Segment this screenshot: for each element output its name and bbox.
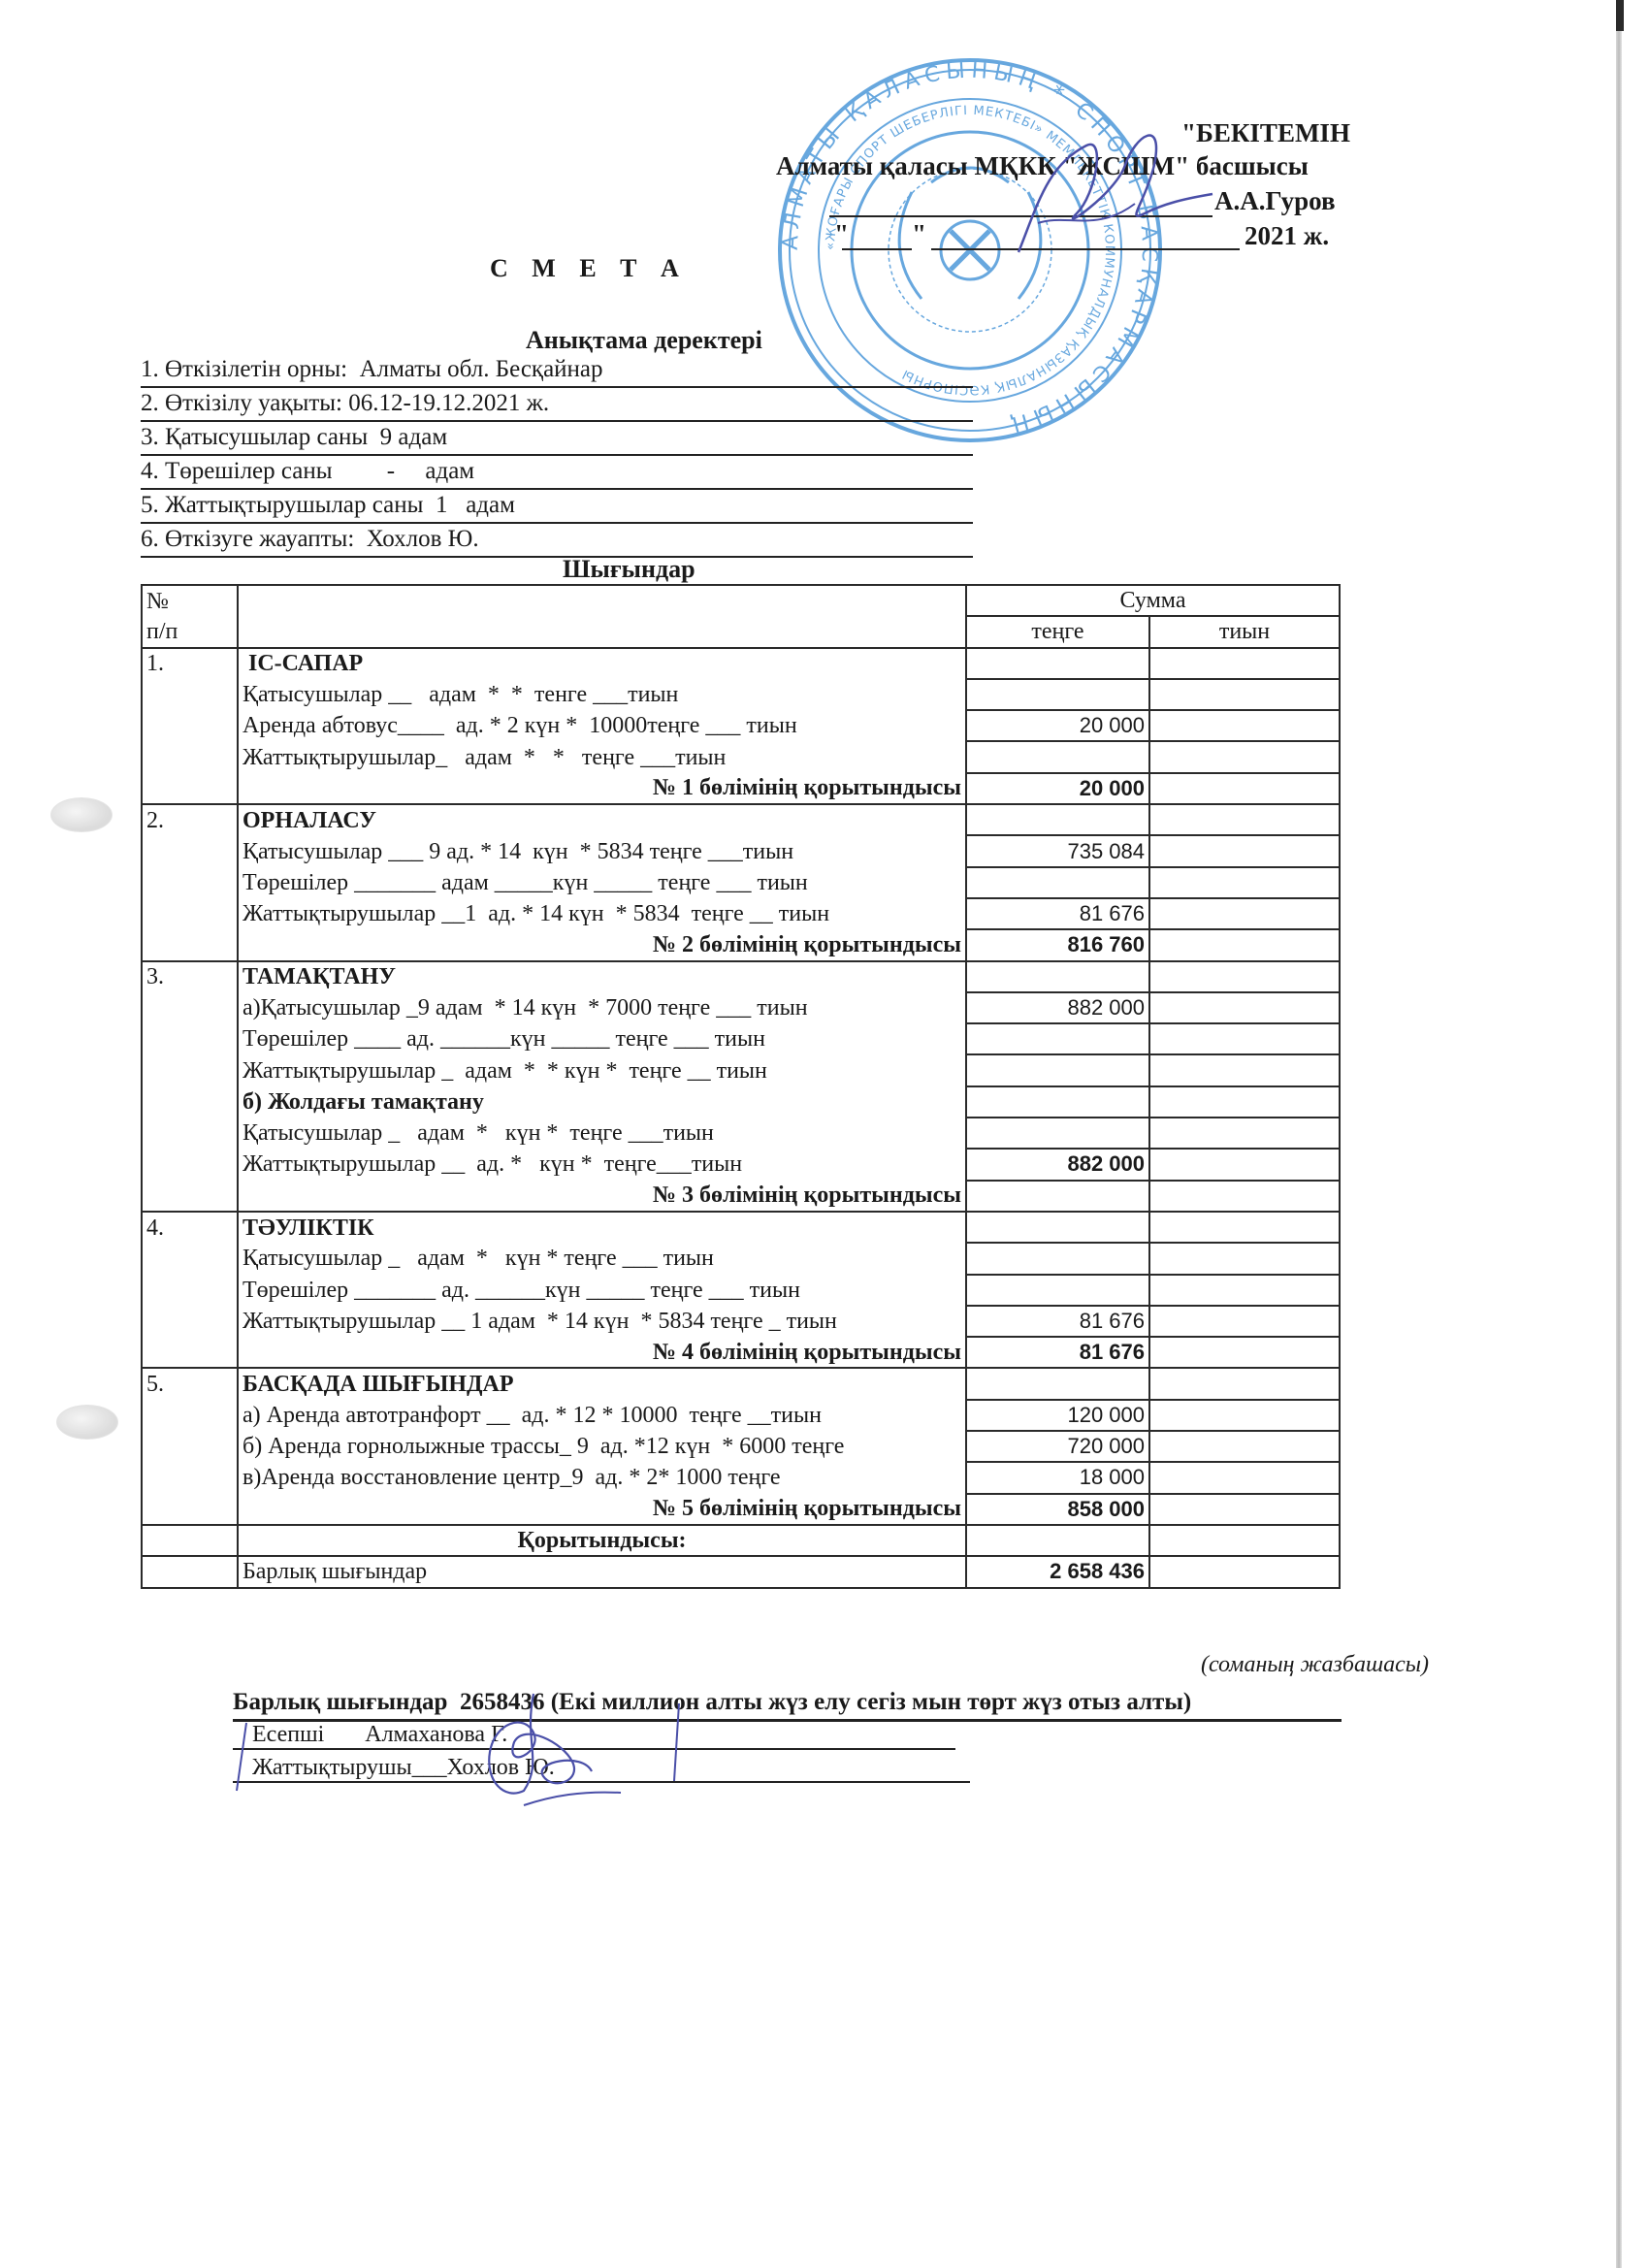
amount-tenge bbox=[966, 679, 1149, 710]
approval-signature bbox=[980, 107, 1232, 281]
amount-tiyn bbox=[1149, 1494, 1340, 1525]
table-row: № 1 бөлімінің қорытындысы20 000 bbox=[142, 773, 1340, 804]
amount-caption: (соманың жазбашасы) bbox=[1201, 1652, 1429, 1678]
amount-tiyn bbox=[1149, 1306, 1340, 1337]
estimate-table: № Сумма п/п теңге тиын 1. ІС-САПАРҚатысу… bbox=[141, 584, 1341, 1589]
amount-tiyn bbox=[1149, 1431, 1340, 1462]
amount-tenge bbox=[966, 1212, 1149, 1243]
line-item-description: Қатысушылар _ адам * күн * теңге ___ тиы… bbox=[238, 1243, 966, 1274]
row-number bbox=[142, 1275, 238, 1306]
header-num-sub: п/п bbox=[142, 616, 238, 647]
table-row: а)Қатысушылар _9 адам * 14 күн * 7000 те… bbox=[142, 992, 1340, 1023]
amount-tiyn bbox=[1149, 835, 1340, 866]
table-row: б) Жолдағы тамақтану bbox=[142, 1086, 1340, 1118]
amount-tiyn bbox=[1149, 1118, 1340, 1149]
row-number bbox=[142, 1181, 238, 1212]
table-row: Жаттықтырушылар __ 1 адам * 14 күн * 583… bbox=[142, 1306, 1340, 1337]
table-row: Жаттықтырушылар __1 ад. * 14 күн * 5834 … bbox=[142, 898, 1340, 929]
row-number bbox=[142, 1337, 238, 1368]
amount-tiyn bbox=[1149, 1368, 1340, 1399]
amount-tiyn bbox=[1149, 1462, 1340, 1493]
section-subtotal-label: № 2 бөлімінің қорытындысы bbox=[238, 929, 966, 960]
line-item-description: а) Аренда автотранфорт __ ад. * 12 * 100… bbox=[238, 1400, 966, 1431]
table-row: Жаттықтырушылар _ адам * * күн * теңге _… bbox=[142, 1054, 1340, 1085]
amount-tiyn bbox=[1149, 679, 1340, 710]
amount-tiyn bbox=[1149, 1212, 1340, 1243]
amount-tiyn bbox=[1149, 1525, 1340, 1556]
amount-tiyn bbox=[1149, 929, 1340, 960]
amount-tenge bbox=[966, 1023, 1149, 1054]
table-row: № 4 бөлімінің қорытындысы81 676 bbox=[142, 1337, 1340, 1368]
amount-tiyn bbox=[1149, 710, 1340, 741]
amount-tenge bbox=[966, 1275, 1149, 1306]
section-title: БАСҚАДА ШЫҒЫНДАР bbox=[238, 1368, 966, 1399]
amount-tenge: 735 084 bbox=[966, 835, 1149, 866]
table-row: 1. ІС-САПАР bbox=[142, 648, 1340, 679]
table-row: Қатысушылар ___ 9 ад. * 14 күн * 5834 те… bbox=[142, 835, 1340, 866]
amount-tiyn bbox=[1149, 1337, 1340, 1368]
row-number bbox=[142, 835, 238, 866]
table-row: Жаттықтырушылар_ адам * * теңге ___тиын bbox=[142, 741, 1340, 772]
amount-tiyn bbox=[1149, 1556, 1340, 1587]
row-number bbox=[142, 679, 238, 710]
amount-tenge: 81 676 bbox=[966, 1306, 1149, 1337]
line-item-description: в)Аренда восстановление центр_9 ад. * 2*… bbox=[238, 1462, 966, 1493]
summary-label: Қорытындысы: bbox=[238, 1525, 966, 1556]
grand-total-amount: 2 658 436 bbox=[966, 1556, 1149, 1587]
table-row: Төрешілер _______ ад. ______күн _____ те… bbox=[142, 1275, 1340, 1306]
amount-tenge: 882 000 bbox=[966, 992, 1149, 1023]
section-subtotal-amount: 81 676 bbox=[966, 1337, 1149, 1368]
amount-tenge: 720 000 bbox=[966, 1431, 1149, 1462]
table-row: № 5 бөлімінің қорытындысы858 000 bbox=[142, 1494, 1340, 1525]
line-item-description: Жаттықтырушылар __ 1 адам * 14 күн * 583… bbox=[238, 1306, 966, 1337]
expenses-heading: Шығындар bbox=[563, 555, 695, 584]
amount-tenge: 882 000 bbox=[966, 1149, 1149, 1180]
punch-hole-upper bbox=[50, 797, 113, 832]
amount-tenge bbox=[966, 741, 1149, 772]
page-edge-corner bbox=[1616, 0, 1624, 31]
table-row: а) Аренда автотранфорт __ ад. * 12 * 100… bbox=[142, 1400, 1340, 1431]
section-subtotal-amount bbox=[966, 1181, 1149, 1212]
row-number bbox=[142, 992, 238, 1023]
line-item-description: а)Қатысушылар _9 адам * 14 күн * 7000 те… bbox=[238, 992, 966, 1023]
amount-tiyn bbox=[1149, 773, 1340, 804]
document-title: С М Е Т А bbox=[490, 254, 688, 283]
line-item-description: Жаттықтырушылар __ ад. * күн * теңге___т… bbox=[238, 1149, 966, 1180]
table-header-row: № Сумма bbox=[142, 585, 1340, 616]
row-number bbox=[142, 1118, 238, 1149]
line-item-description: Жаттықтырушылар __1 ад. * 14 күн * 5834 … bbox=[238, 898, 966, 929]
approval-year: 2021 ж. bbox=[1245, 221, 1329, 251]
table-row: 2.ОРНАЛАСУ bbox=[142, 804, 1340, 835]
amount-tiyn bbox=[1149, 867, 1340, 898]
row-number bbox=[142, 1306, 238, 1337]
approval-day-line bbox=[842, 248, 912, 250]
amount-tenge bbox=[966, 961, 1149, 992]
section-title: ТАМАҚТАНУ bbox=[238, 961, 966, 992]
table-row: в)Аренда восстановление центр_9 ад. * 2*… bbox=[142, 1462, 1340, 1493]
amount-tiyn bbox=[1149, 1400, 1340, 1431]
row-number bbox=[142, 1494, 238, 1525]
table-row: б) Аренда горнолыжные трассы_ 9 ад. *12 … bbox=[142, 1431, 1340, 1462]
amount-tiyn bbox=[1149, 1054, 1340, 1085]
amount-tiyn bbox=[1149, 898, 1340, 929]
table-row: 3.ТАМАҚТАНУ bbox=[142, 961, 1340, 992]
row-number bbox=[142, 1149, 238, 1180]
row-number bbox=[142, 1431, 238, 1462]
punch-hole-lower bbox=[56, 1405, 118, 1440]
amount-tiyn bbox=[1149, 1275, 1340, 1306]
row-number bbox=[142, 898, 238, 929]
approval-date-close-quote: " bbox=[912, 219, 926, 249]
amount-tenge: 120 000 bbox=[966, 1400, 1149, 1431]
table-row: Жаттықтырушылар __ ад. * күн * теңге___т… bbox=[142, 1149, 1340, 1180]
amount-tiyn bbox=[1149, 804, 1340, 835]
row-number bbox=[142, 1525, 238, 1556]
header-description bbox=[238, 585, 966, 648]
line-item-description: Төрешілер _______ ад. ______күн _____ те… bbox=[238, 1275, 966, 1306]
reference-line-coaches: 5. Жаттықтырушылар саны 1 адам bbox=[141, 489, 973, 524]
line-item-description: б) Жолдағы тамақтану bbox=[238, 1086, 966, 1118]
amount-tiyn bbox=[1149, 1149, 1340, 1180]
row-number: 3. bbox=[142, 961, 238, 992]
section-subtotal-amount: 816 760 bbox=[966, 929, 1149, 960]
line-item-description: Қатысушылар ___ 9 ад. * 14 күн * 5834 те… bbox=[238, 835, 966, 866]
row-number: 4. bbox=[142, 1212, 238, 1243]
amount-tenge bbox=[966, 648, 1149, 679]
row-number bbox=[142, 741, 238, 772]
row-number bbox=[142, 1556, 238, 1587]
amount-tiyn bbox=[1149, 992, 1340, 1023]
amount-tenge bbox=[966, 1086, 1149, 1118]
row-number bbox=[142, 929, 238, 960]
approval-date-open-quote: " bbox=[834, 219, 849, 249]
reference-line-responsible: 6. Өткізуге жауапты: Хохлов Ю. bbox=[141, 523, 973, 558]
row-number bbox=[142, 1243, 238, 1274]
table-row: 4.ТӘУЛІКТІК bbox=[142, 1212, 1340, 1243]
amount-tenge bbox=[966, 804, 1149, 835]
section-title: ТӘУЛІКТІК bbox=[238, 1212, 966, 1243]
reference-heading: Анықтама деректері bbox=[526, 326, 762, 355]
header-tenge: теңге bbox=[966, 616, 1149, 647]
reference-line-referees: 4. Төрешілер саны - адам bbox=[141, 455, 973, 490]
row-number bbox=[142, 1462, 238, 1493]
amount-tiyn bbox=[1149, 1086, 1340, 1118]
table-row: Төрешілер ____ ад. ______күн _____ теңге… bbox=[142, 1023, 1340, 1054]
line-item-description: Жаттықтырушылар_ адам * * теңге ___тиын bbox=[238, 741, 966, 772]
table-row: Төрешілер _______ адам _____күн _____ те… bbox=[142, 867, 1340, 898]
reference-line-participants: 3. Қатысушылар саны 9 адам bbox=[141, 421, 973, 456]
amount-tenge: 20 000 bbox=[966, 710, 1149, 741]
approval-name: А.А.Гуров bbox=[1214, 186, 1336, 216]
line-item-description: Қатысушылар _ адам * күн * теңге ___тиын bbox=[238, 1118, 966, 1149]
row-number bbox=[142, 710, 238, 741]
header-sum: Сумма bbox=[966, 585, 1340, 616]
row-number: 1. bbox=[142, 648, 238, 679]
row-number: 2. bbox=[142, 804, 238, 835]
line-item-description: Төрешілер _______ адам _____күн _____ те… bbox=[238, 867, 966, 898]
row-number: 5. bbox=[142, 1368, 238, 1399]
line-item-description: Төрешілер ____ ад. ______күн _____ теңге… bbox=[238, 1023, 966, 1054]
table-row: № 2 бөлімінің қорытындысы816 760 bbox=[142, 929, 1340, 960]
section-title: ІС-САПАР bbox=[238, 648, 966, 679]
row-number bbox=[142, 1086, 238, 1118]
amount-tenge bbox=[966, 1243, 1149, 1274]
table-row: Аренда абтовус____ ад. * 2 күн * 10000те… bbox=[142, 710, 1340, 741]
amount-tenge bbox=[966, 1368, 1149, 1399]
table-row: 5.БАСҚАДА ШЫҒЫНДАР bbox=[142, 1368, 1340, 1399]
amount-tenge bbox=[966, 1525, 1149, 1556]
amount-tenge bbox=[966, 1054, 1149, 1085]
header-num-label: № bbox=[142, 585, 238, 616]
section-subtotal-label: № 4 бөлімінің қорытындысы bbox=[238, 1337, 966, 1368]
amount-tenge bbox=[966, 1118, 1149, 1149]
line-item-description: Аренда абтовус____ ад. * 2 күн * 10000те… bbox=[238, 710, 966, 741]
page-edge-shadow bbox=[1616, 0, 1622, 2268]
amount-tiyn bbox=[1149, 1181, 1340, 1212]
grand-total-label: Барлық шығындар bbox=[238, 1556, 966, 1587]
reference-line-dates: 2. Өткізілу уақыты: 06.12-19.12.2021 ж. bbox=[141, 387, 973, 422]
header-tiyn: тиын bbox=[1149, 616, 1340, 647]
amount-tenge: 18 000 bbox=[966, 1462, 1149, 1493]
line-item-description: Қатысушылар __ адам * * тенге ___тиын bbox=[238, 679, 966, 710]
row-number bbox=[142, 1400, 238, 1431]
table-row: Қатысушылар _ адам * күн * теңге ___ тиы… bbox=[142, 1243, 1340, 1274]
reference-line-venue: 1. Өткізілетін орны: Алматы обл. Бесқайн… bbox=[141, 353, 973, 388]
section-subtotal-label: № 3 бөлімінің қорытындысы bbox=[238, 1181, 966, 1212]
amount-tiyn bbox=[1149, 1023, 1340, 1054]
row-number bbox=[142, 1054, 238, 1085]
row-number bbox=[142, 867, 238, 898]
grand-total-row: Барлық шығындар2 658 436 bbox=[142, 1556, 1340, 1587]
amount-tiyn bbox=[1149, 1243, 1340, 1274]
amount-tiyn bbox=[1149, 961, 1340, 992]
table-row: № 3 бөлімінің қорытындысы bbox=[142, 1181, 1340, 1212]
section-subtotal-amount: 858 000 bbox=[966, 1494, 1149, 1525]
table-row: Қатысушылар __ адам * * тенге ___тиын bbox=[142, 679, 1340, 710]
summary-row: Қорытындысы: bbox=[142, 1525, 1340, 1556]
section-subtotal-label: № 5 бөлімінің қорытындысы bbox=[238, 1494, 966, 1525]
amount-tenge: 81 676 bbox=[966, 898, 1149, 929]
footer-signature bbox=[233, 1684, 718, 1820]
section-subtotal-amount: 20 000 bbox=[966, 773, 1149, 804]
section-subtotal-label: № 1 бөлімінің қорытындысы bbox=[238, 773, 966, 804]
row-number bbox=[142, 773, 238, 804]
line-item-description: Жаттықтырушылар _ адам * * күн * теңге _… bbox=[238, 1054, 966, 1085]
amount-tiyn bbox=[1149, 741, 1340, 772]
table-row: Қатысушылар _ адам * күн * теңге ___тиын bbox=[142, 1118, 1340, 1149]
row-number bbox=[142, 1023, 238, 1054]
amount-tenge bbox=[966, 867, 1149, 898]
line-item-description: б) Аренда горнолыжные трассы_ 9 ад. *12 … bbox=[238, 1431, 966, 1462]
section-title: ОРНАЛАСУ bbox=[238, 804, 966, 835]
amount-tiyn bbox=[1149, 648, 1340, 679]
